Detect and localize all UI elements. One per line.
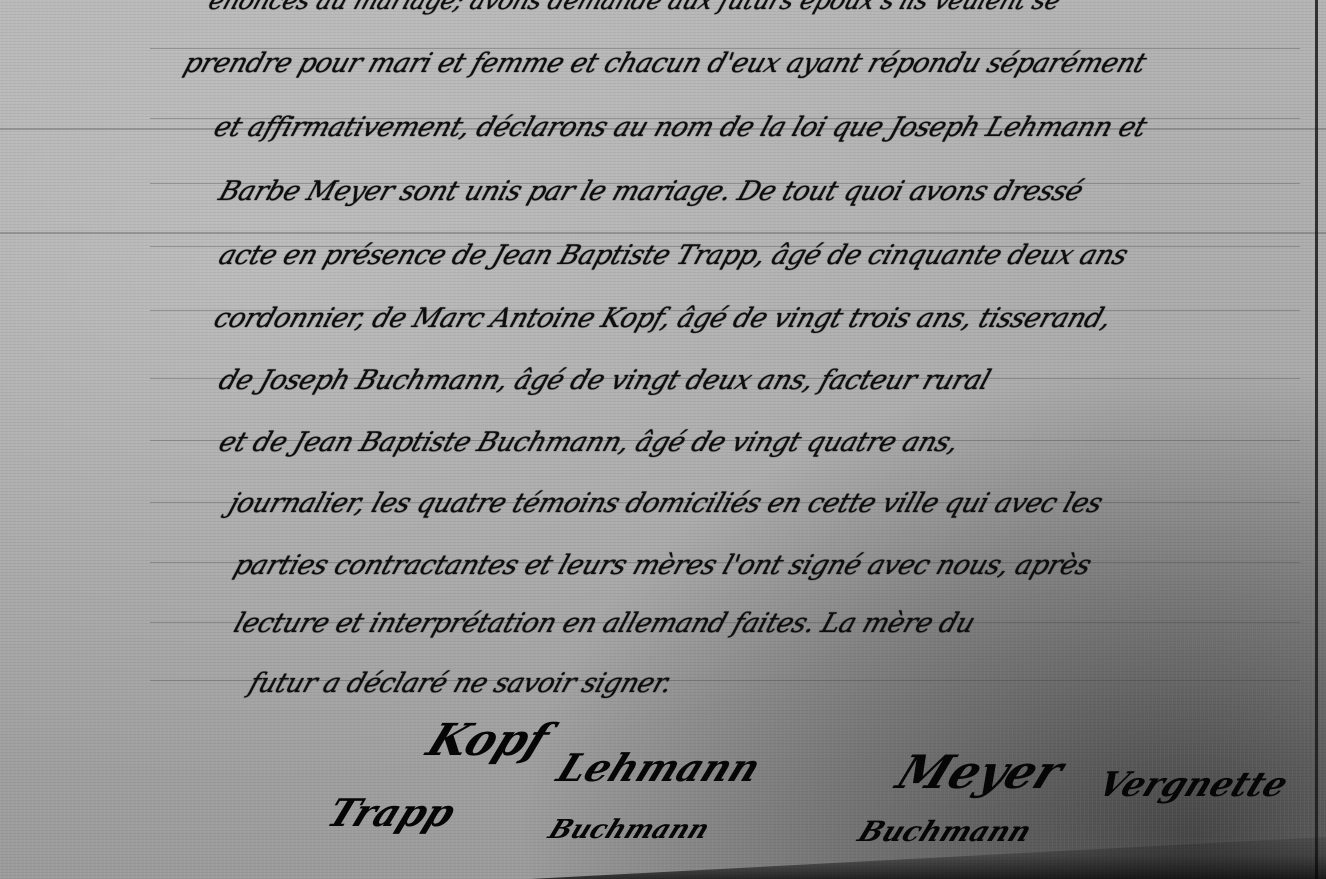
signature-trapp: Trapp: [321, 790, 462, 835]
record-line-7: de Joseph Buchmann, âgé de vingt deux an…: [215, 365, 994, 396]
record-line-4: Barbe Meyer sont unis par le mariage. De…: [215, 176, 1087, 207]
record-line-8: et de Jean Baptiste Buchmann, âgé de vin…: [215, 427, 962, 458]
signature-kopf: Kopf: [420, 715, 557, 766]
signature-buchmann-1: Buchmann: [544, 815, 714, 845]
record-line-10: parties contractantes et leurs mères l'o…: [230, 550, 1095, 581]
page-border: [1315, 0, 1318, 879]
record-line-3: et affirmativement, déclarons au nom de …: [210, 112, 1150, 143]
record-line-1: énoncés au mariage; avons demandé aux fu…: [205, 0, 1065, 15]
paper-fold-line: [0, 232, 1326, 234]
document-page: énoncés au mariage; avons demandé aux fu…: [0, 0, 1326, 879]
signature-buchmann-2: Buchmann: [853, 815, 1036, 848]
record-line-9: journalier, les quatre témoins domicilié…: [225, 488, 1106, 519]
record-line-11: lecture et interprétation en allemand fa…: [230, 608, 979, 639]
record-line-5: acte en présence de Jean Baptiste Trapp,…: [215, 240, 1131, 271]
signature-meyer: Meyer: [889, 745, 1071, 799]
record-line-2: prendre pour mari et femme et chacun d'e…: [180, 48, 1150, 79]
record-line-6: cordonnier, de Marc Antoine Kopf, âgé de…: [210, 303, 1115, 334]
signature-lehmann: Lehmann: [551, 745, 768, 790]
signature-vergnette: Vergnette: [1092, 765, 1294, 805]
record-line-12: futur a déclaré ne savoir signer.: [245, 668, 676, 699]
